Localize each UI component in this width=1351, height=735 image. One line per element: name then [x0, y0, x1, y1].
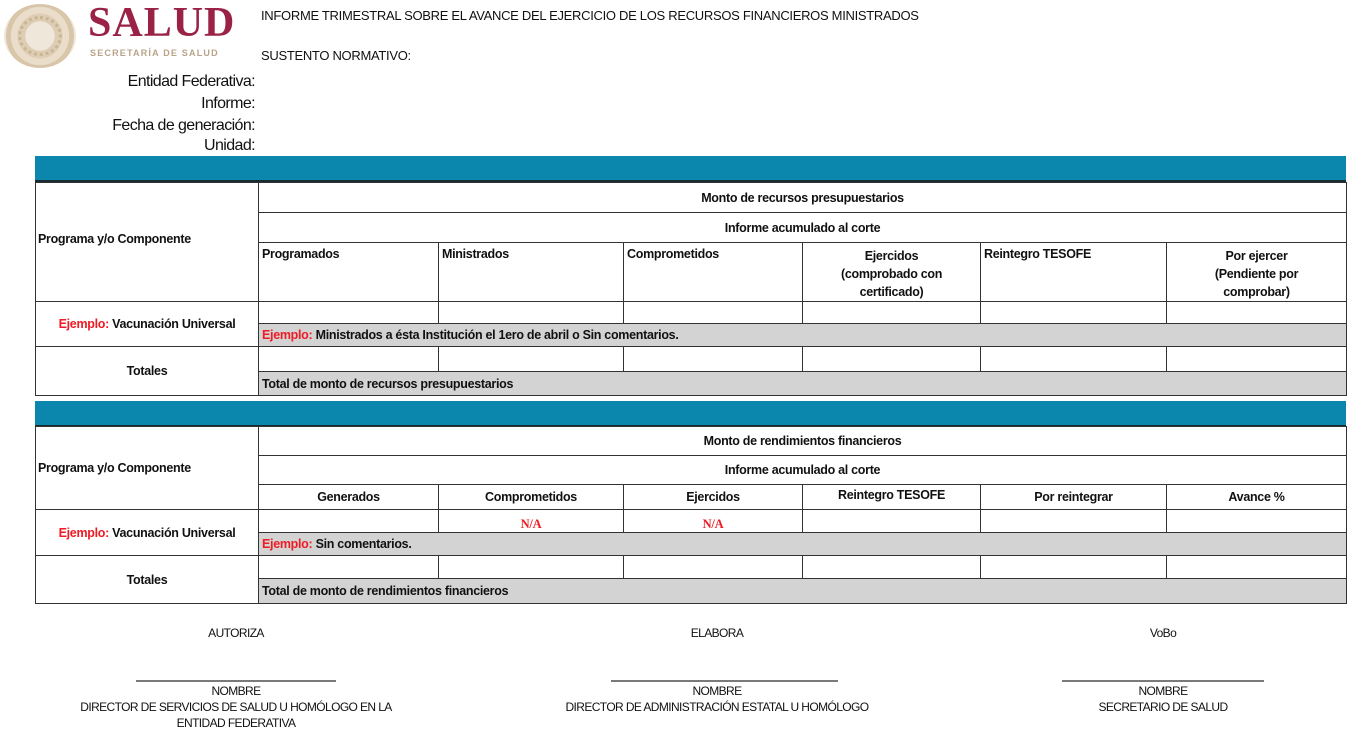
- signature-role: VoBo: [963, 626, 1351, 640]
- col-header-line: Por ejercer: [1170, 247, 1343, 265]
- section-band-rendimientos: [35, 401, 1346, 427]
- cell-ejercidos[interactable]: N/A: [624, 510, 803, 533]
- total-reintegro[interactable]: [803, 556, 981, 579]
- total-comprometidos[interactable]: [624, 347, 803, 372]
- col-header-por-ejercer: Por ejercer (Pendiente por comprobar): [1167, 243, 1347, 302]
- col-header-reintegro: Reintegro TESOFE: [803, 485, 981, 510]
- cell-comprometidos[interactable]: N/A: [439, 510, 624, 533]
- total-comprometidos[interactable]: [439, 556, 624, 579]
- signature-line: [611, 680, 838, 682]
- row-header-programa: Programa y/o Componente: [36, 183, 259, 302]
- totals-label: Totales: [36, 347, 259, 396]
- col-header-line: (comprobado con: [806, 265, 977, 283]
- total-ejercidos[interactable]: [803, 347, 981, 372]
- col-header-line: Ejercidos: [806, 247, 977, 265]
- cell-por-ejercer[interactable]: [1167, 302, 1347, 324]
- example-program-name: Vacunación Universal: [112, 317, 235, 331]
- cell-comprometidos[interactable]: [624, 302, 803, 324]
- example-prefix: Ejemplo:: [262, 328, 312, 342]
- signature-position: SECRETARIO DE SALUD: [963, 699, 1351, 715]
- total-por-reintegrar[interactable]: [981, 556, 1167, 579]
- col-header-ejercidos: Ejercidos: [624, 485, 803, 510]
- col-header-comprometidos: Comprometidos: [439, 485, 624, 510]
- cell-ejercidos[interactable]: [803, 302, 981, 324]
- example-comment-row[interactable]: Ejemplo: Sin comentarios.: [259, 533, 1347, 556]
- total-ministrados[interactable]: [439, 347, 624, 372]
- meta-unidad-label: Unidad:: [204, 137, 255, 155]
- signature-line: [1062, 680, 1264, 682]
- col-header-reintegro: Reintegro TESOFE: [981, 243, 1167, 302]
- totals-label: Totales: [36, 556, 259, 604]
- col-header-ministrados: Ministrados: [439, 243, 624, 302]
- meta-informe-label: Informe:: [201, 95, 255, 113]
- signature-autoriza: AUTORIZA NOMBRE DIRECTOR DE SERVICIOS DE…: [36, 626, 436, 731]
- signature-name: NOMBRE: [36, 683, 436, 699]
- signature-elabora: ELABORA NOMBRE DIRECTOR DE ADMINISTRACIÓ…: [517, 626, 917, 715]
- table-subtitle: Informe acumulado al corte: [259, 213, 1347, 243]
- totals-caption: Total de monto de recursos presupuestari…: [259, 372, 1347, 396]
- logo-wordmark: SALUD: [88, 0, 235, 46]
- total-generados[interactable]: [259, 556, 439, 579]
- total-reintegro[interactable]: [981, 347, 1167, 372]
- example-prefix: Ejemplo:: [262, 537, 312, 551]
- example-comment-row[interactable]: Ejemplo: Ministrados a ésta Institución …: [259, 324, 1347, 347]
- signature-position: DIRECTOR DE ADMINISTRACIÓN ESTATAL U HOM…: [517, 699, 917, 715]
- table-recursos-presupuestarios: Programa y/o Componente Monto de recurso…: [35, 182, 1347, 396]
- example-prefix: Ejemplo:: [59, 317, 109, 331]
- col-header-line: certificado): [806, 283, 977, 301]
- table-title: Monto de rendimientos financieros: [259, 427, 1347, 456]
- table-subtitle: Informe acumulado al corte: [259, 456, 1347, 485]
- report-title: INFORME TRIMESTRAL SOBRE EL AVANCE DEL E…: [261, 8, 919, 23]
- coat-of-arms-icon: [4, 4, 76, 68]
- cell-avance[interactable]: [1167, 510, 1347, 533]
- example-program-cell: Ejemplo: Vacunación Universal: [36, 510, 259, 556]
- example-comment: Ministrados a ésta Institución el 1ero d…: [316, 328, 679, 342]
- meta-fecha-label: Fecha de generación:: [112, 117, 255, 135]
- total-ejercidos[interactable]: [624, 556, 803, 579]
- cell-por-reintegrar[interactable]: [981, 510, 1167, 533]
- section-band-presupuestarios: [35, 156, 1346, 182]
- cell-ministrados[interactable]: [439, 302, 624, 324]
- example-program-name: Vacunación Universal: [112, 526, 235, 540]
- example-prefix: Ejemplo:: [59, 526, 109, 540]
- logo-subtitle: SECRETARÍA DE SALUD: [90, 48, 219, 58]
- cell-reintegro[interactable]: [981, 302, 1167, 324]
- col-header-line: (Pendiente por: [1170, 265, 1343, 283]
- col-header-ejercidos: Ejercidos (comprobado con certificado): [803, 243, 981, 302]
- col-header-avance: Avance %: [1167, 485, 1347, 510]
- cell-reintegro[interactable]: [803, 510, 981, 533]
- table-title: Monto de recursos presupuestarios: [259, 183, 1347, 213]
- table-rendimientos-financieros: Programa y/o Componente Monto de rendimi…: [35, 426, 1347, 604]
- signature-role: AUTORIZA: [36, 626, 436, 640]
- total-programados[interactable]: [259, 347, 439, 372]
- signature-line: [136, 680, 336, 682]
- signature-name: NOMBRE: [517, 683, 917, 699]
- signature-role: ELABORA: [517, 626, 917, 640]
- signature-vobo: VoBo NOMBRE SECRETARIO DE SALUD: [963, 626, 1351, 715]
- sustento-normativo-label: SUSTENTO NORMATIVO:: [261, 48, 411, 63]
- total-avance[interactable]: [1167, 556, 1347, 579]
- cell-programados[interactable]: [259, 302, 439, 324]
- total-por-ejercer[interactable]: [1167, 347, 1347, 372]
- col-header-line: comprobar): [1170, 283, 1343, 301]
- meta-entidad-label: Entidad Federativa:: [128, 73, 255, 91]
- row-header-programa: Programa y/o Componente: [36, 427, 259, 510]
- col-header-por-reintegrar: Por reintegrar: [981, 485, 1167, 510]
- totals-caption: Total de monto de rendimientos financier…: [259, 579, 1347, 604]
- signature-position-cont: ENTIDAD FEDERATIVA: [36, 715, 436, 731]
- cell-generados[interactable]: [259, 510, 439, 533]
- example-program-cell: Ejemplo: Vacunación Universal: [36, 302, 259, 347]
- col-header-comprometidos: Comprometidos: [624, 243, 803, 302]
- signature-name: NOMBRE: [963, 683, 1351, 699]
- col-header-generados: Generados: [259, 485, 439, 510]
- col-header-programados: Programados: [259, 243, 439, 302]
- signature-position: DIRECTOR DE SERVICIOS DE SALUD U HOMÓLOG…: [36, 699, 436, 715]
- example-comment: Sin comentarios.: [316, 537, 412, 551]
